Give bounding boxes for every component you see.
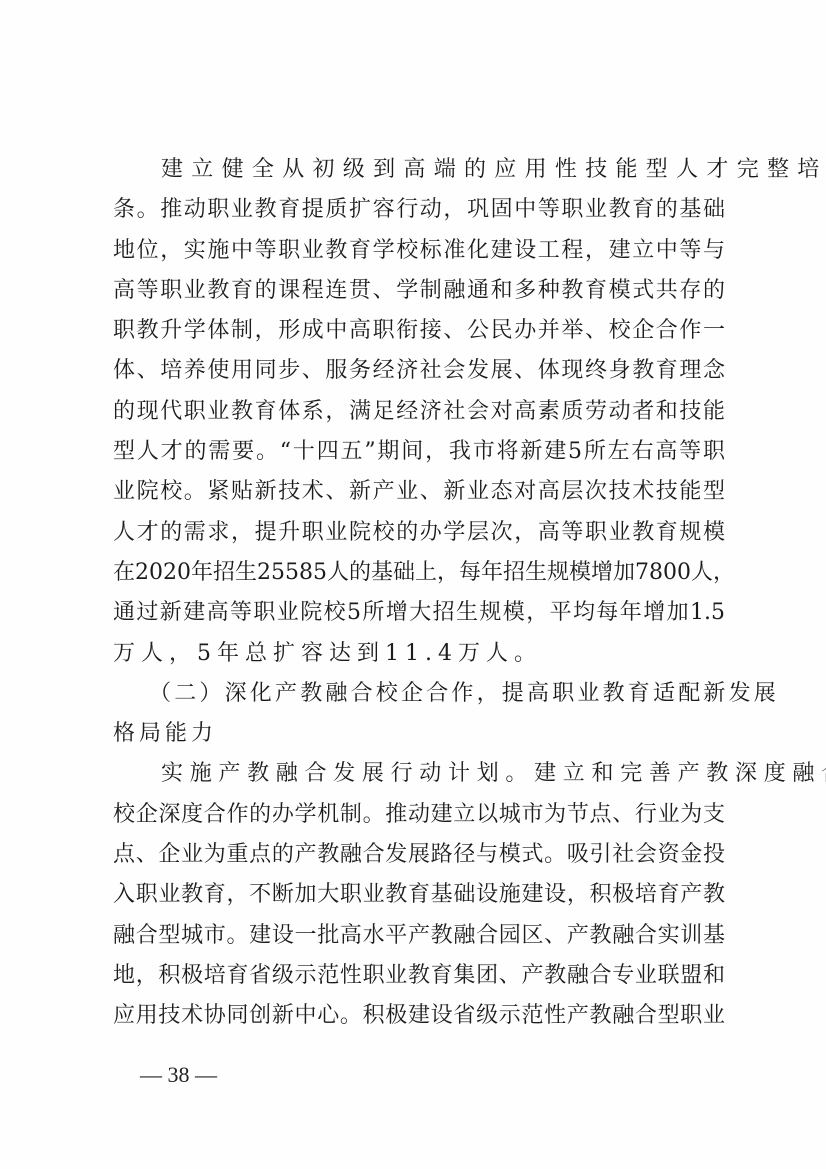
paragraph-line: 实施产教融合发展行动计划。建立和完善产教深度融合、 bbox=[113, 754, 725, 794]
heading-line: 格局能力 bbox=[113, 714, 725, 754]
paragraph-line: 万人，5年总扩容达到11.4万人。 bbox=[113, 634, 725, 674]
paragraph-2: 实施产教融合发展行动计划。建立和完善产教深度融合、 校企深度合作的办学机制。推动… bbox=[113, 754, 725, 1036]
paragraph-line: 入职业教育，不断加大职业教育基础设施建设，积极培育产教 bbox=[113, 875, 725, 915]
paragraph-line: 通过新建高等职业院校5所增大招生规模，平均每年增加1.5 bbox=[113, 593, 725, 633]
paragraph-line: 点、企业为重点的产教融合发展路径与模式。吸引社会资金投 bbox=[113, 835, 725, 875]
paragraph-line: 融合型城市。建设一批高水平产教融合园区、产教融合实训基 bbox=[113, 916, 725, 956]
page-number: — 38 — bbox=[140, 1062, 217, 1088]
paragraph-1: 建立健全从初级到高端的应用性技能型人才完整培养链 条。推动职业教育提质扩容行动，… bbox=[113, 150, 725, 674]
paragraph-line: 的现代职业教育体系，满足经济社会对高素质劳动者和技能 bbox=[113, 392, 725, 432]
paragraph-line: 地，积极培育省级示范性职业教育集团、产教融合专业联盟和 bbox=[113, 956, 725, 996]
paragraph-line: 职教升学体制，形成中高职衔接、公民办并举、校企合作一 bbox=[113, 311, 725, 351]
paragraph-line: 建立健全从初级到高端的应用性技能型人才完整培养链 bbox=[113, 150, 725, 190]
paragraph-line: 条。推动职业教育提质扩容行动，巩固中等职业教育的基础 bbox=[113, 190, 725, 230]
document-body: 建立健全从初级到高端的应用性技能型人才完整培养链 条。推动职业教育提质扩容行动，… bbox=[113, 150, 725, 1037]
paragraph-line: 在2020年招生25585人的基础上，每年招生规模增加7800人， bbox=[113, 553, 725, 593]
paragraph-line: 校企深度合作的办学机制。推动建立以城市为节点、行业为支 bbox=[113, 795, 725, 835]
paragraph-line: 应用技术协同创新中心。积极建设省级示范性产教融合型职业 bbox=[113, 996, 725, 1036]
document-page: 建立健全从初级到高端的应用性技能型人才完整培养链 条。推动职业教育提质扩容行动，… bbox=[0, 0, 826, 1169]
paragraph-line: 型人才的需要。“十四五”期间，我市将新建5所左右高等职 bbox=[113, 432, 725, 472]
paragraph-line: 业院校。紧贴新技术、新产业、新业态对高层次技术技能型 bbox=[113, 472, 725, 512]
paragraph-line: 高等职业教育的课程连贯、学制融通和多种教育模式共存的 bbox=[113, 271, 725, 311]
paragraph-line: 地位，实施中等职业教育学校标准化建设工程，建立中等与 bbox=[113, 231, 725, 271]
heading-line: （二）深化产教融合校企合作，提高职业教育适配新发展 bbox=[113, 674, 725, 714]
paragraph-line: 体、培养使用同步、服务经济社会发展、体现终身教育理念 bbox=[113, 351, 725, 391]
section-heading: （二）深化产教融合校企合作，提高职业教育适配新发展 格局能力 bbox=[113, 674, 725, 755]
paragraph-line: 人才的需求，提升职业院校的办学层次，高等职业教育规模 bbox=[113, 513, 725, 553]
